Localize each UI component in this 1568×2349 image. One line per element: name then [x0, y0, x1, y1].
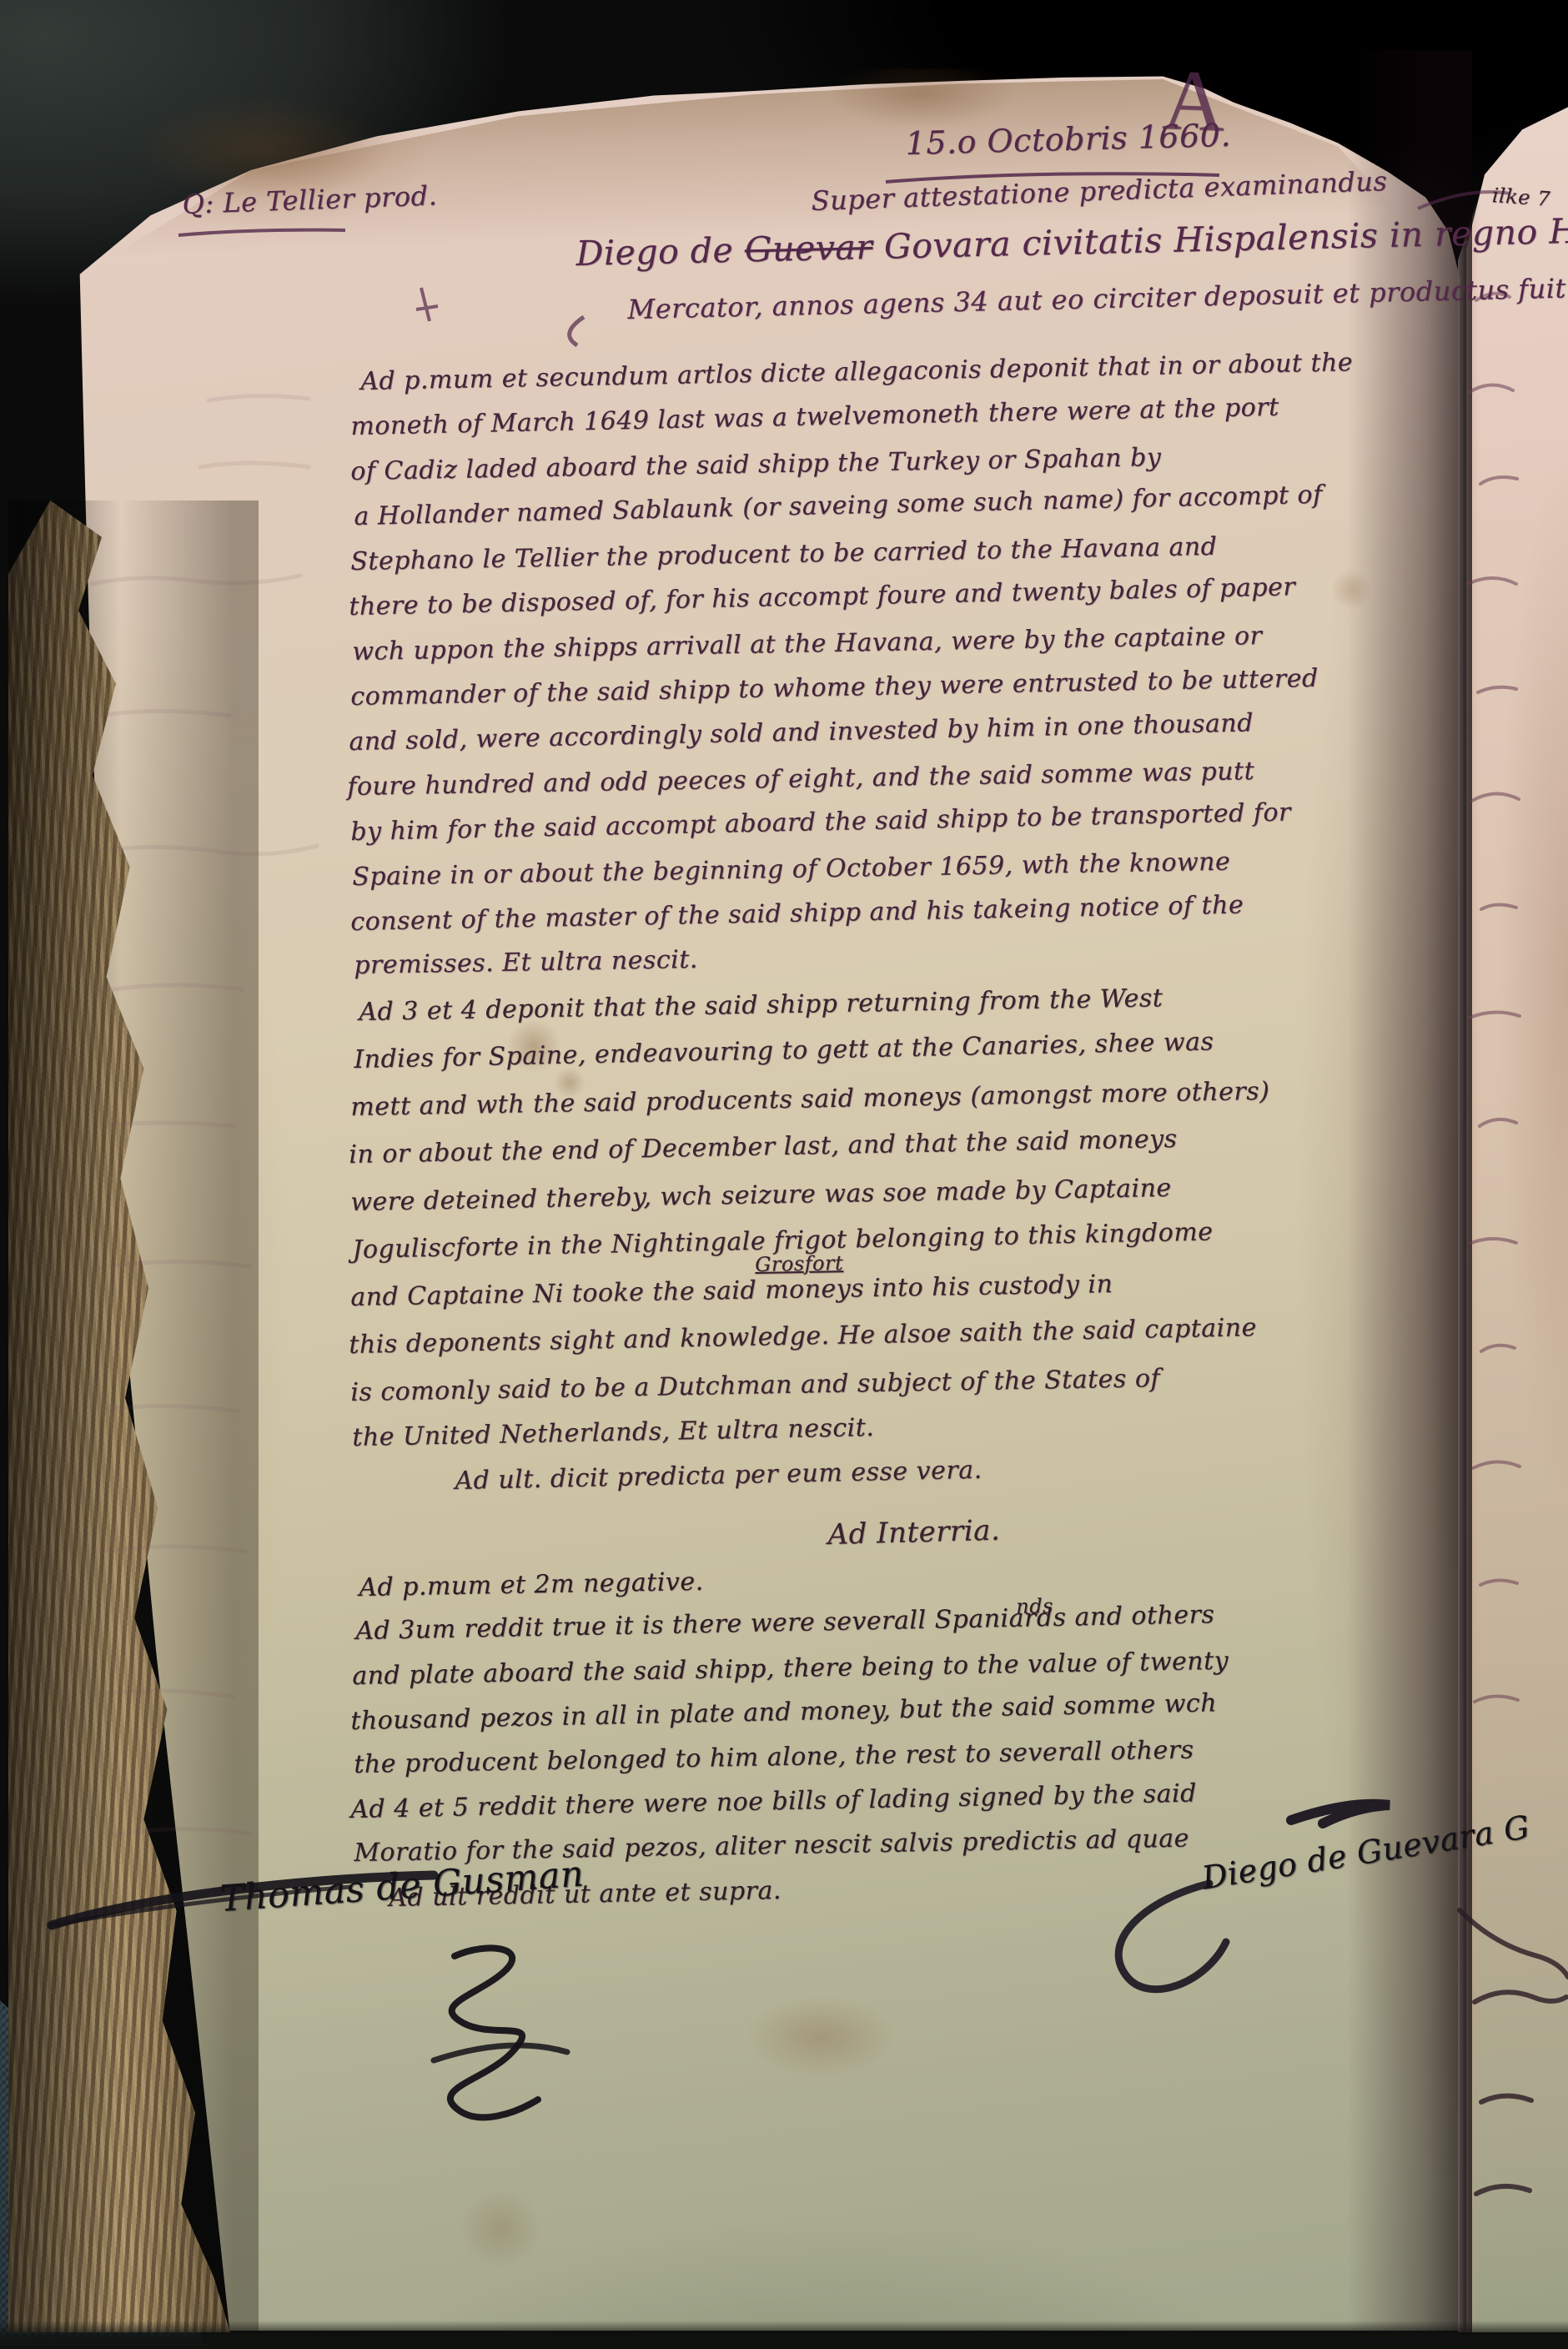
photo-bottom-edge: [0, 2321, 1568, 2349]
manuscript-photo: 15.o Octobris 1660. Super attestatione p…: [0, 0, 1568, 2349]
signature-flourish-right: [0, 0, 1568, 2349]
